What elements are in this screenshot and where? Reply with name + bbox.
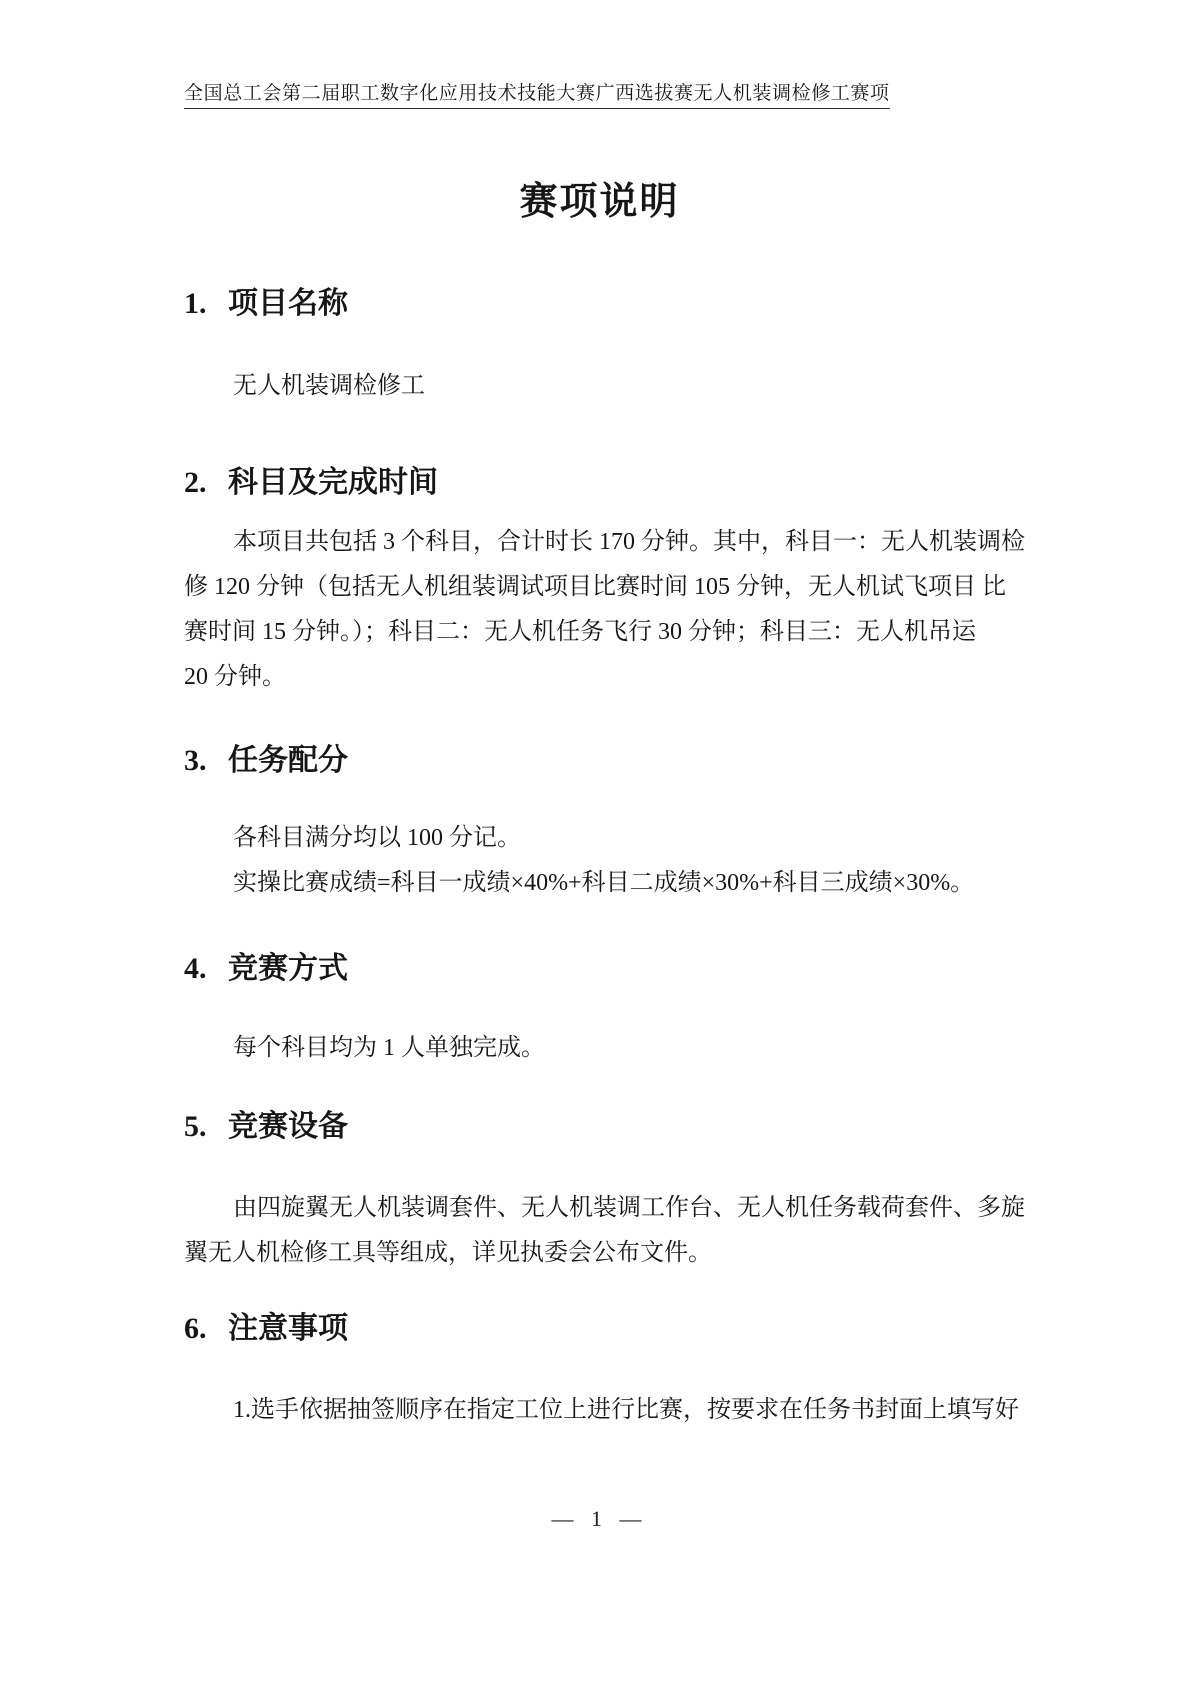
section-paragraph-6: 1.选手依据抽签顺序在指定工位上进行比赛，按要求在任务书封面上填写好 (184, 1388, 1049, 1433)
paragraph-line: 每个科目均为 1 人单独完成。 (184, 1026, 1049, 1071)
section-paragraph-3: 各科目满分均以 100 分记。 实操比赛成绩=科目一成绩×40%+科目二成绩×3… (184, 816, 1049, 906)
document-title: 赛项说明 (0, 170, 1199, 225)
paragraph-line: 实操比赛成绩=科目一成绩×40%+科目二成绩×30%+科目三成绩×30%。 (184, 861, 1049, 906)
paragraph-line: 各科目满分均以 100 分记。 (184, 816, 1049, 861)
page-header-text: 全国总工会第二届职工数字化应用技术技能大赛广西选拔赛无人机装调检修工赛项 (184, 78, 890, 109)
paragraph-line: 赛时间 15 分钟。）；科目二：无人机任务飞行 30 分钟；科目三：无人机吊运 (184, 610, 1049, 655)
section-heading-6: 6. 注意事项 (184, 1308, 1049, 1350)
paragraph-line: 本项目共包括 3 个科目，合计时长 170 分钟。其中，科目一：无人机装调检 (184, 520, 1049, 565)
section-paragraph-4: 每个科目均为 1 人单独完成。 (184, 1026, 1049, 1071)
document-page: 全国总工会第二届职工数字化应用技术技能大赛广西选拔赛无人机装调检修工赛项 赛项说… (0, 0, 1199, 1696)
paragraph-line: 由四旋翼无人机装调套件、无人机装调工作台、无人机任务载荷套件、多旋 (184, 1186, 1049, 1231)
section-heading-3: 3. 任务配分 (184, 740, 1049, 782)
section-title: 项目名称 (228, 283, 348, 325)
paragraph-line: 无人机装调检修工 (184, 364, 1049, 409)
paragraph-line: 1.选手依据抽签顺序在指定工位上进行比赛，按要求在任务书封面上填写好 (184, 1388, 1049, 1433)
page-number: — 1 — (0, 1506, 1199, 1532)
section-heading-5: 5. 竞赛设备 (184, 1106, 1049, 1148)
section-number: 4. (184, 948, 228, 990)
paragraph-line: 修 120 分钟（包括无人机组装调试项目比赛时间 105 分钟，无人机试飞项目 … (184, 565, 1049, 610)
section-number: 5. (184, 1106, 228, 1148)
paragraph-line: 20 分钟。 (184, 655, 1049, 700)
section-title: 科目及完成时间 (228, 462, 438, 504)
section-paragraph-1: 无人机装调检修工 (184, 364, 1049, 409)
section-title: 任务配分 (228, 740, 348, 782)
section-number: 2. (184, 462, 228, 504)
section-number: 3. (184, 740, 228, 782)
section-paragraph-2: 本项目共包括 3 个科目，合计时长 170 分钟。其中，科目一：无人机装调检 修… (184, 520, 1049, 700)
section-number: 6. (184, 1308, 228, 1350)
section-number: 1. (184, 283, 228, 325)
section-title: 竞赛方式 (228, 948, 348, 990)
section-title: 竞赛设备 (228, 1106, 348, 1148)
section-title: 注意事项 (228, 1308, 348, 1350)
section-heading-4: 4. 竞赛方式 (184, 948, 1049, 990)
section-heading-2: 2. 科目及完成时间 (184, 462, 1049, 504)
section-heading-1: 1. 项目名称 (184, 283, 1049, 325)
paragraph-line: 翼无人机检修工具等组成，详见执委会公布文件。 (184, 1231, 1049, 1276)
section-paragraph-5: 由四旋翼无人机装调套件、无人机装调工作台、无人机任务载荷套件、多旋 翼无人机检修… (184, 1186, 1049, 1276)
